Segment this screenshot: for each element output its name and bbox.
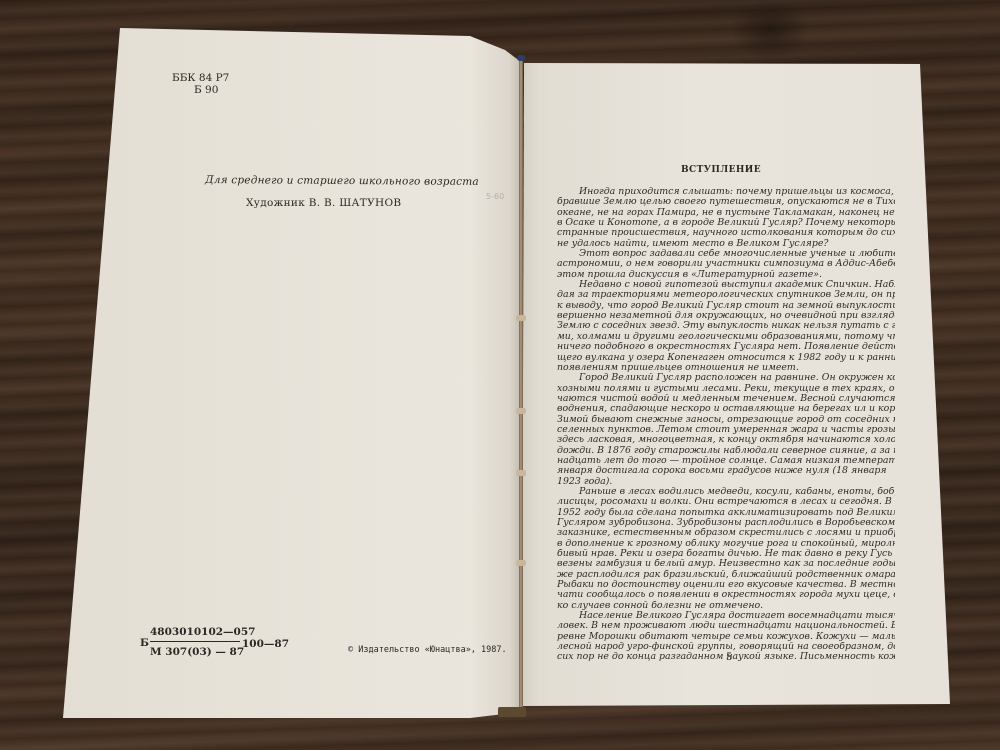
text-line: дожди. В 1876 году старожилы наблюдали с…	[557, 446, 895, 456]
isbn-denominator: М 307(03) — 87	[150, 646, 244, 658]
text-line: ревне Морошки обитают четыре семьи кожух…	[557, 632, 895, 642]
binding-stitch	[516, 560, 526, 566]
book-spine	[519, 58, 523, 712]
text-line: чати сообщалось о появлении в окрестност…	[557, 590, 895, 600]
binding-tail	[498, 707, 526, 717]
copyright: © Издательство «Юнацтва», 1987.	[348, 645, 507, 655]
text-line: здесь ласковая, многоцветная, к концу ок…	[557, 435, 895, 445]
age-note: Для среднего и старшего школьного возрас…	[205, 174, 479, 188]
isbn-numerator: 4803010102—057	[150, 626, 255, 638]
text-line: Недавно с новой гипотезой выступил акаде…	[557, 280, 895, 290]
text-line: января достигала сорока восьми градусов …	[557, 466, 895, 476]
catalog-code-line: Б 90	[172, 84, 229, 96]
text-line: вершенно незаметной для окружающих, но о…	[557, 311, 895, 321]
text-line: ко случаев сонной болезни не отмечено.	[557, 601, 895, 611]
isbn-prefix: Б	[140, 637, 149, 649]
chapter-heading: ВСТУПЛЕНИЕ	[681, 165, 761, 175]
artist-credit: Художник В. В. ШАТУНОВ	[246, 197, 401, 209]
catalog-code: ББК 84 Р7 Б 90	[172, 72, 229, 96]
binding-thread	[517, 55, 525, 61]
text-line: Рыбаки по достоинству оценили его вкусов…	[557, 580, 895, 590]
text-line: 1952 году была сделана попытка акклимати…	[557, 508, 895, 518]
text-line: Город Великий Гусляр расположен на равни…	[557, 373, 895, 383]
text-line: ловек. В нем проживают люди шестнадцати …	[557, 621, 895, 631]
text-line: этом прошла дискуссия в «Литературной га…	[557, 270, 895, 280]
binding-stitch	[516, 470, 526, 476]
text-line: астрономии, о нем говорили участники сим…	[557, 259, 895, 269]
text-line: Раньше в лесах водились медведи, косули,…	[557, 487, 895, 497]
body-text: Иногда приходится слышать: почему пришел…	[557, 187, 895, 663]
text-line: не удалось найти, имеют место в Великом …	[557, 239, 895, 249]
text-line: лисицы, росомахи и волки. Они встречаютс…	[557, 497, 895, 507]
text-line: 1923 года).	[557, 477, 895, 487]
text-line: Иногда приходится слышать: почему пришел…	[557, 187, 895, 197]
text-line: лесной народ угро-финской группы, говоря…	[557, 642, 895, 652]
text-line: селенных пунктов. Летом стоит умеренная …	[557, 425, 895, 435]
text-line: дая за траекториями метеорологических сп…	[557, 290, 895, 300]
text-line: же расплодился рак бразильский, ближайши…	[557, 570, 895, 580]
page-number: 5	[726, 652, 732, 663]
isbn-suffix: 100—87	[242, 638, 289, 650]
text-line: чаются чистой водой и медленным течением…	[557, 394, 895, 404]
text-line: к выводу, что город Великий Гусляр стоит…	[557, 301, 895, 311]
text-line: Гусляром зубробизона. Зубробизоны распло…	[557, 518, 895, 528]
binding-stitch	[516, 408, 526, 414]
text-line: заказнике, естественным образом скрестил…	[557, 528, 895, 538]
pencil-mark: 5-60	[486, 192, 504, 201]
text-line: Зимой бывают снежные заносы, отрезающие …	[557, 415, 895, 425]
text-line: в дополнение к грозному облику могучие р…	[557, 539, 895, 549]
text-line: странные происшествия, научного истолков…	[557, 228, 895, 238]
text-line: в Осаке и Конотопе, а в городе Великий Г…	[557, 218, 895, 228]
wood-knot	[730, 0, 810, 60]
text-line: Землю с соседних звезд. Эту выпуклость н…	[557, 321, 895, 331]
catalog-code-line: ББК 84 Р7	[172, 72, 229, 84]
text-line: надцать лет до того — тройное солнце. Са…	[557, 456, 895, 466]
text-line: бравшие Землю целью своего путешествия, …	[557, 197, 895, 207]
text-line: хозными полями и густыми лесами. Реки, т…	[557, 384, 895, 394]
text-line: океане, не на горах Памира, не в пустыне…	[557, 208, 895, 218]
isbn-fraction-rule	[150, 641, 240, 642]
text-line: щего вулкана у озера Копенгаген относитс…	[557, 353, 895, 363]
text-line: везены гамбузия и белый амур. Неизвестно…	[557, 559, 895, 569]
text-line: Население Великого Гусляра достигает вос…	[557, 611, 895, 621]
text-line: ничего подобного в окрестностях Гусляра …	[557, 342, 895, 352]
binding-stitch	[516, 315, 526, 321]
text-line: воднения, спадающие нескоро и оставляющи…	[557, 404, 895, 414]
text-line: бивый нрав. Реки и озера богаты дичью. Н…	[557, 549, 895, 559]
text-line: появлениям пришельцев отношения не имеет…	[557, 363, 895, 373]
text-line: Этот вопрос задавали себе многочисленные…	[557, 249, 895, 259]
text-line: ми, холмами и другими геологическими обр…	[557, 332, 895, 342]
